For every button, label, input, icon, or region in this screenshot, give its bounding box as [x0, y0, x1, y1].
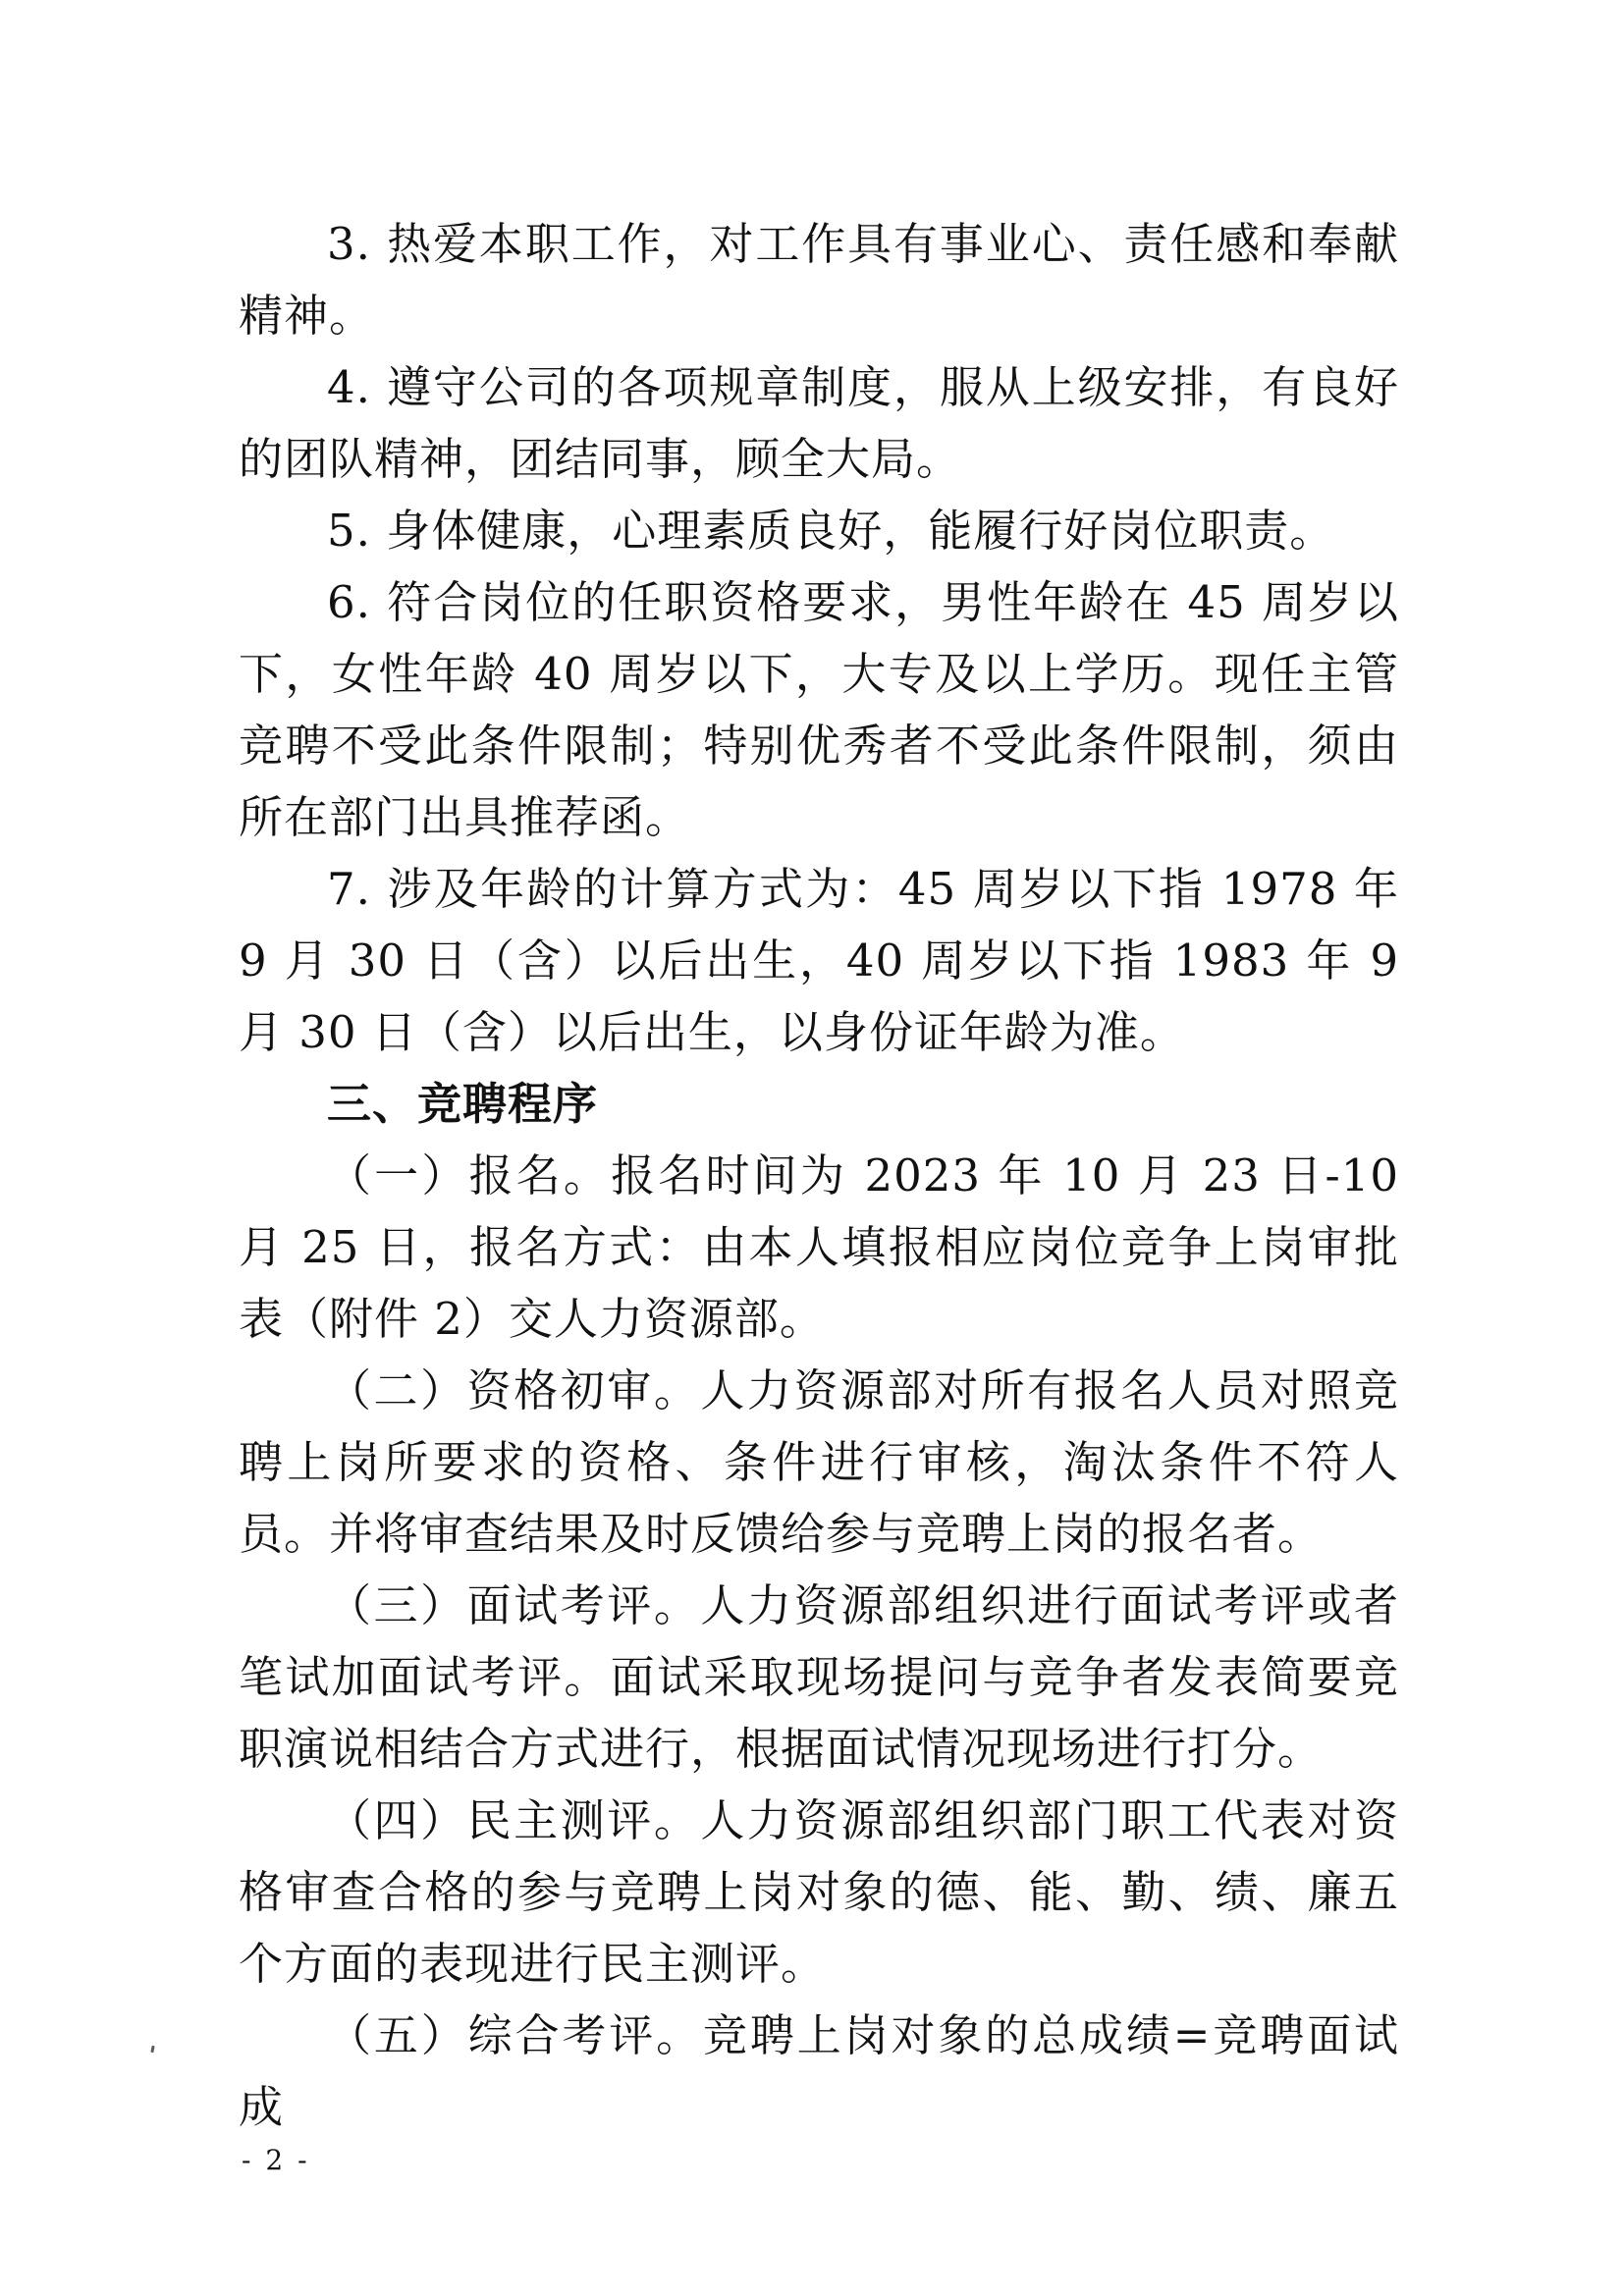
- paragraph-step-4-appraisal: （四）民主测评。人力资源部组织部门职工代表对资格审查合格的参与竞聘上岗对象的德、…: [239, 1785, 1399, 2000]
- paragraph-item-4: 4. 遵守公司的各项规章制度，服从上级安排，有良好的团队精神，团结同事，顾全大局…: [239, 351, 1399, 495]
- paragraph-step-2-review: （二）资格初审。人力资源部对所有报名人员对照竞聘上岗所要求的资格、条件进行审核，…: [239, 1355, 1399, 1570]
- paragraph-item-5: 5. 身体健康，心理素质良好，能履行好岗位职责。: [239, 495, 1399, 566]
- paragraph-item-3: 3. 热爱本职工作，对工作具有事业心、责任感和奉献精神。: [239, 208, 1399, 351]
- scan-artifact-dot: [150, 2046, 154, 2053]
- paragraph-step-5-overall: （五）综合考评。竞聘上岗对象的总成绩=竞聘面试成: [239, 2000, 1399, 2143]
- paragraph-step-1-signup: （一）报名。报名时间为 2023 年 10 月 23 日-10 月 25 日，报…: [239, 1140, 1399, 1355]
- paragraph-item-7: 7. 涉及年龄的计算方式为：45 周岁以下指 1978 年 9 月 30 日（含…: [239, 853, 1399, 1068]
- page-number: - 2 -: [242, 2144, 310, 2177]
- document-body: 3. 热爱本职工作，对工作具有事业心、责任感和奉献精神。 4. 遵守公司的各项规…: [239, 208, 1399, 2143]
- document-page: 3. 热爱本职工作，对工作具有事业心、责任感和奉献精神。 4. 遵守公司的各项规…: [0, 0, 1623, 2296]
- paragraph-step-3-interview: （三）面试考评。人力资源部组织进行面试考评或者笔试加面试考评。面试采取现场提问与…: [239, 1570, 1399, 1785]
- section-heading-procedure: 三、竞聘程序: [239, 1068, 1399, 1140]
- paragraph-item-6: 6. 符合岗位的任职资格要求，男性年龄在 45 周岁以下，女性年龄 40 周岁以…: [239, 566, 1399, 853]
